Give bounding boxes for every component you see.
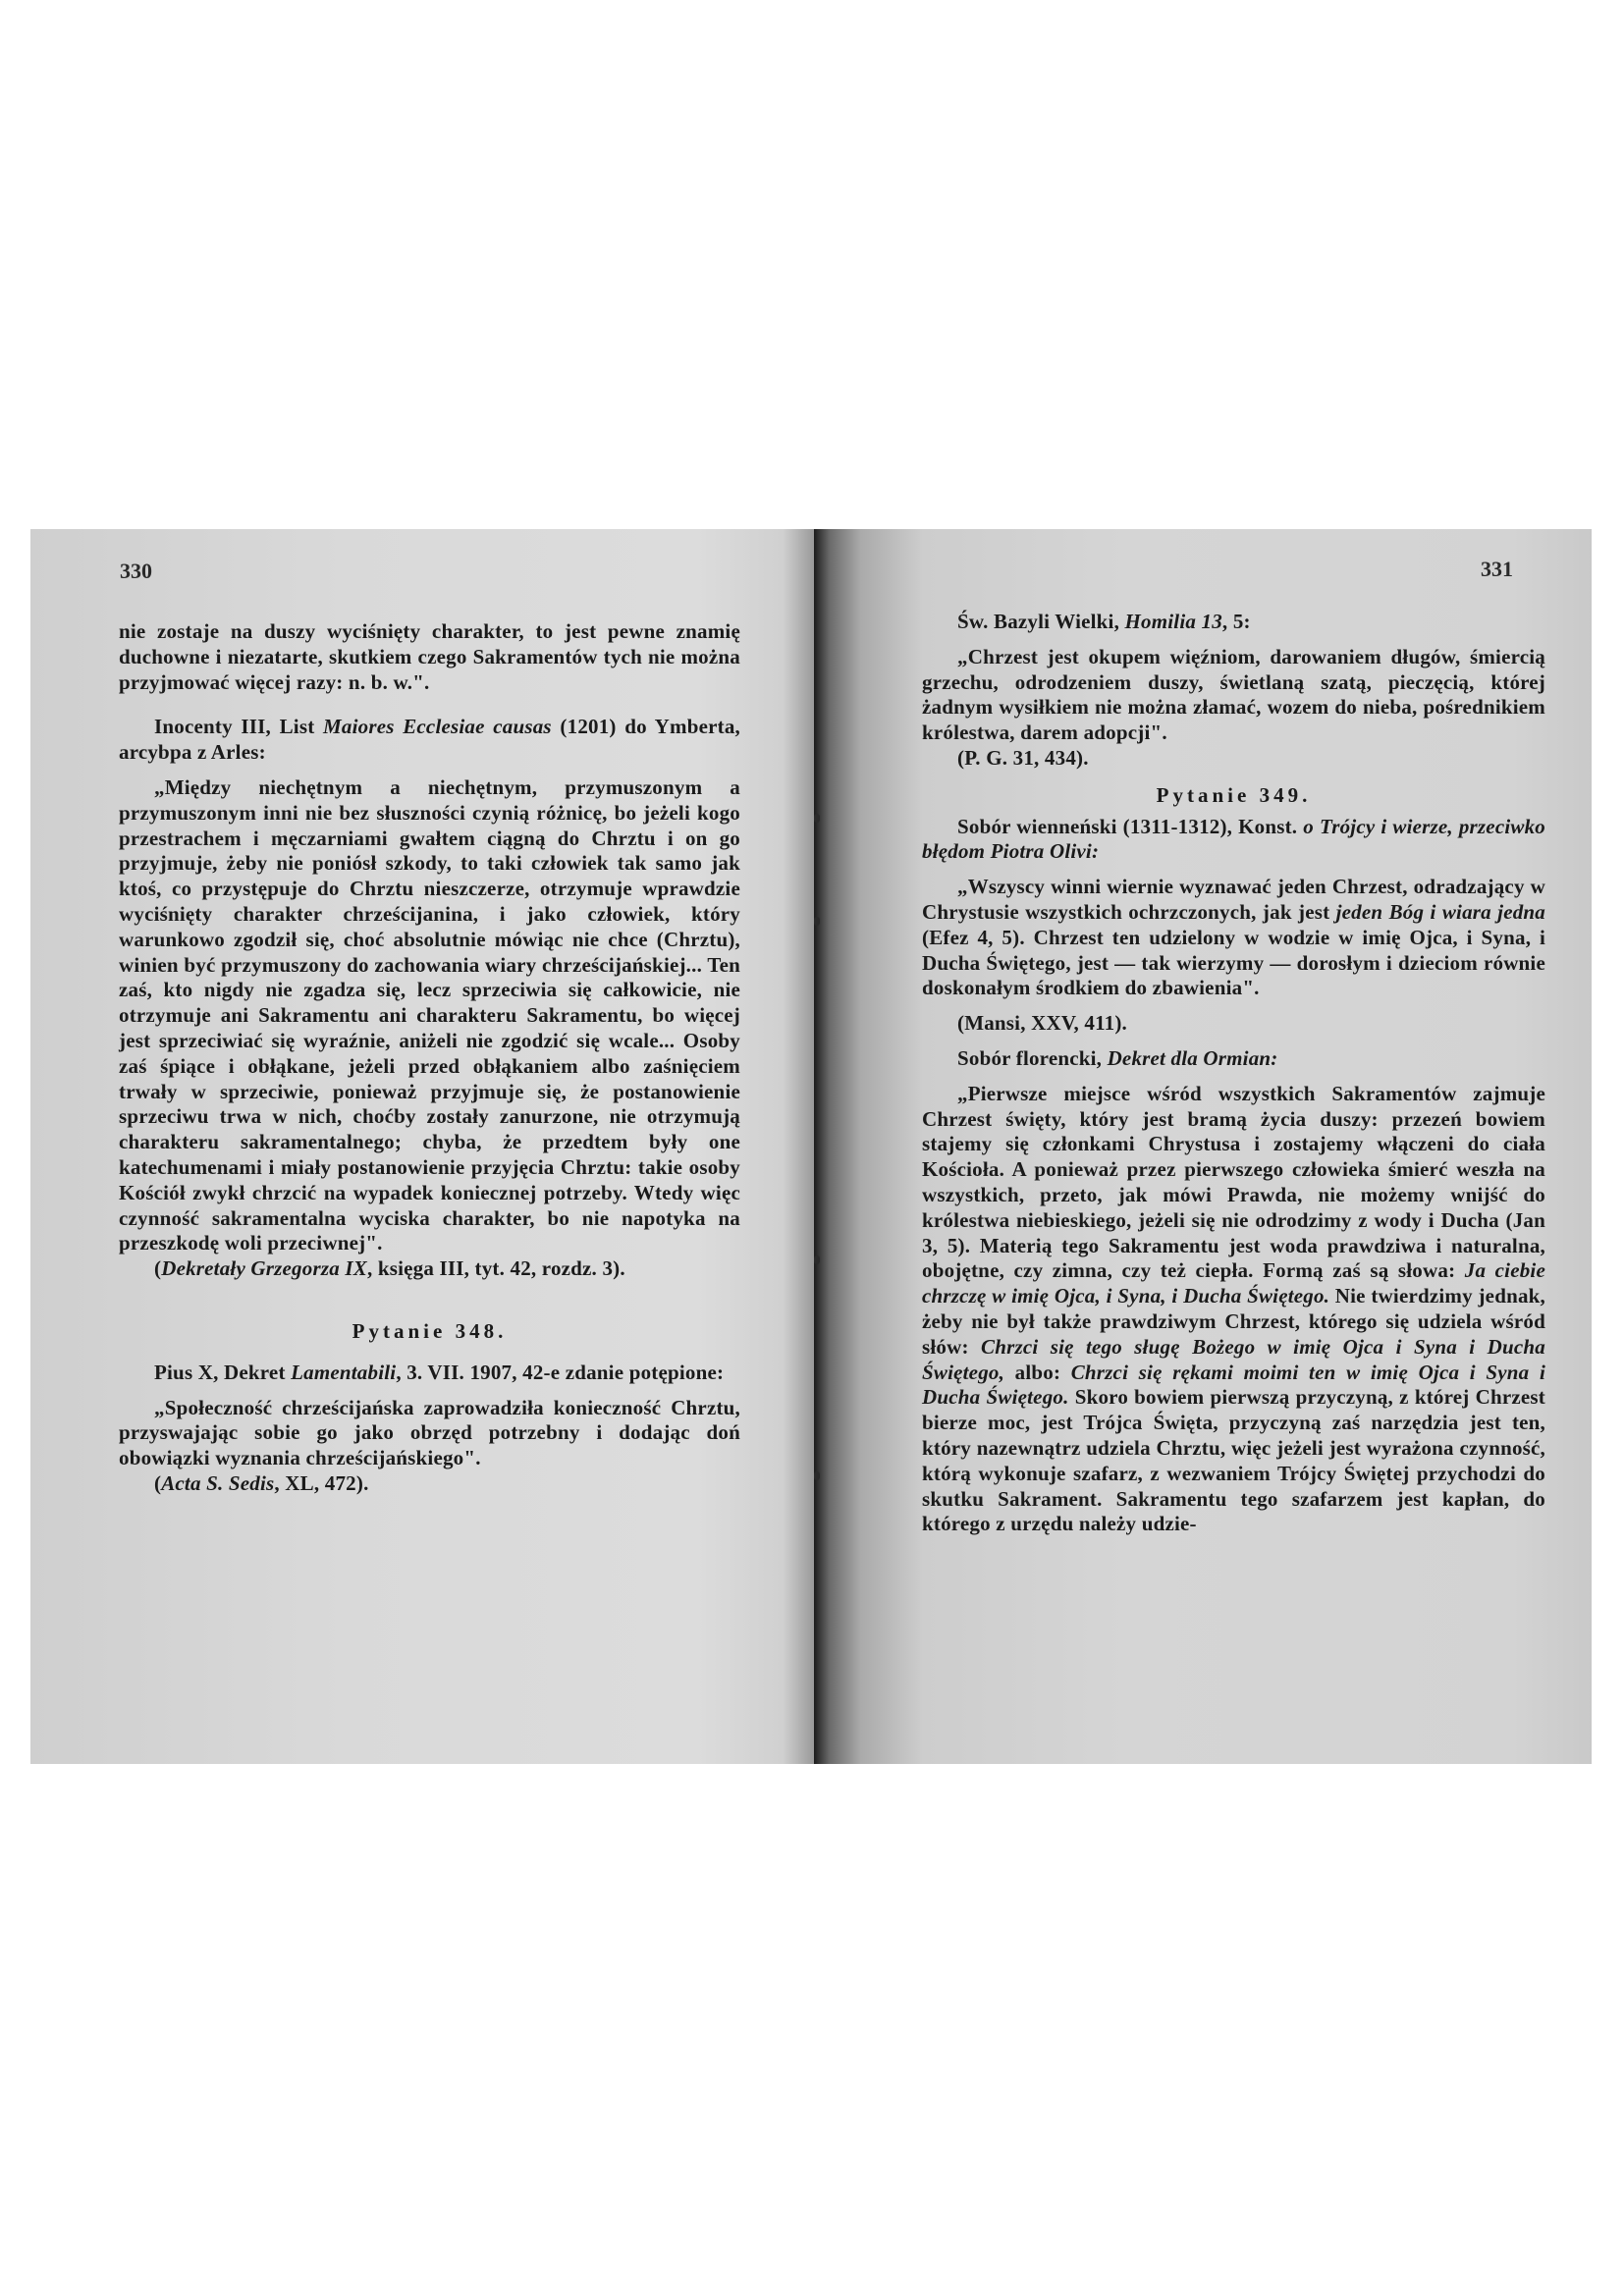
pius-quote: „Społeczność chrześcijańska zaprowadziła… [119, 1396, 740, 1471]
innocent-title: Maiores Ecclesiae causas [323, 715, 552, 738]
innocent-cite-rest: , księga III, tyt. 42, rozdz. 3). [367, 1256, 625, 1280]
pius-author: Pius X, Dekret [154, 1361, 291, 1384]
vienne-quote: „Wszyscy winni wiernie wyznawać jeden Ch… [922, 875, 1545, 1001]
basil-citation: (P. G. 31, 434). [922, 746, 1545, 772]
pius-title: Lamentabili [291, 1361, 396, 1384]
page-number-left: 330 [120, 559, 152, 584]
right-page-body: Św. Bazyli Wielki, Homilia 13, 5: „Chrze… [922, 610, 1545, 1537]
basil-author: Św. Bazyli Wielki, [957, 610, 1124, 633]
basil-source: Św. Bazyli Wielki, Homilia 13, 5: [922, 610, 1545, 635]
vienne-quote-part: (Efez 4, 5). Chrzest ten udzielony w wod… [922, 926, 1545, 1000]
book-scan: 330 nie zostaje na duszy wyciśnięty char… [30, 529, 1592, 1764]
right-page: 331 Św. Bazyli Wielki, Homilia 13, 5: „C… [814, 529, 1592, 1764]
pius-source: Pius X, Dekret Lamentabili, 3. VII. 1907… [119, 1361, 740, 1386]
pius-rest: , 3. VII. 1907, 42-e zdanie potępione: [396, 1361, 724, 1384]
florence-source: Sobór florencki, Dekret dla Ormian: [922, 1046, 1545, 1072]
pius-cite-title: Acta S. Sedis [161, 1471, 274, 1495]
gutter-mark [814, 1471, 820, 1480]
innocent-source: Inocenty III, List Maiores Ecclesiae cau… [119, 715, 740, 766]
heading-pytanie-348: Pytanie 348. [119, 1319, 740, 1345]
vienne-citation: (Mansi, XXV, 411). [922, 1011, 1545, 1037]
basil-title: Homilia 13 [1124, 610, 1221, 633]
florence-quote-part: „Pierwsze miejsce wśród wszystkich Sakra… [922, 1082, 1545, 1283]
innocent-quote: „Między niechętnym a niechętnym, przymus… [119, 775, 740, 1256]
gutter-mark [814, 814, 820, 823]
vienne-author: Sobór wienneński (1311-1312), Konst. [957, 815, 1303, 838]
innocent-author: Inocenty III, List [154, 715, 323, 738]
innocent-citation: (Dekretały Grzegorza IX, księga III, tyt… [119, 1256, 740, 1282]
innocent-cite-title: Dekretały Grzegorza IX [161, 1256, 367, 1280]
basil-quote: „Chrzest jest okupem więźniom, darowanie… [922, 645, 1545, 746]
florence-author: Sobór florencki, [957, 1046, 1108, 1070]
pius-cite-rest: , XL, 472). [274, 1471, 368, 1495]
heading-pytanie-349: Pytanie 349. [922, 783, 1545, 809]
gutter-mark [814, 1255, 820, 1264]
continuation-paragraph: nie zostaje na duszy wyciśnięty charakte… [119, 619, 740, 695]
basil-rest: , 5: [1222, 610, 1251, 633]
left-page-body: nie zostaje na duszy wyciśnięty charakte… [119, 619, 740, 1497]
florence-quote: „Pierwsze miejsce wśród wszystkich Sakra… [922, 1082, 1545, 1537]
pius-citation: (Acta S. Sedis, XL, 472). [119, 1471, 740, 1497]
vienne-source: Sobór wienneński (1311-1312), Konst. o T… [922, 815, 1545, 866]
vienne-quote-italic: jeden Bóg i wiara jedna [1336, 900, 1545, 924]
florence-quote-part: albo: [1004, 1361, 1071, 1384]
florence-title: Dekret dla Ormian: [1108, 1046, 1278, 1070]
page-number-right: 331 [1481, 557, 1513, 582]
gutter-mark [814, 917, 820, 926]
left-page: 330 nie zostaje na duszy wyciśnięty char… [30, 529, 814, 1764]
